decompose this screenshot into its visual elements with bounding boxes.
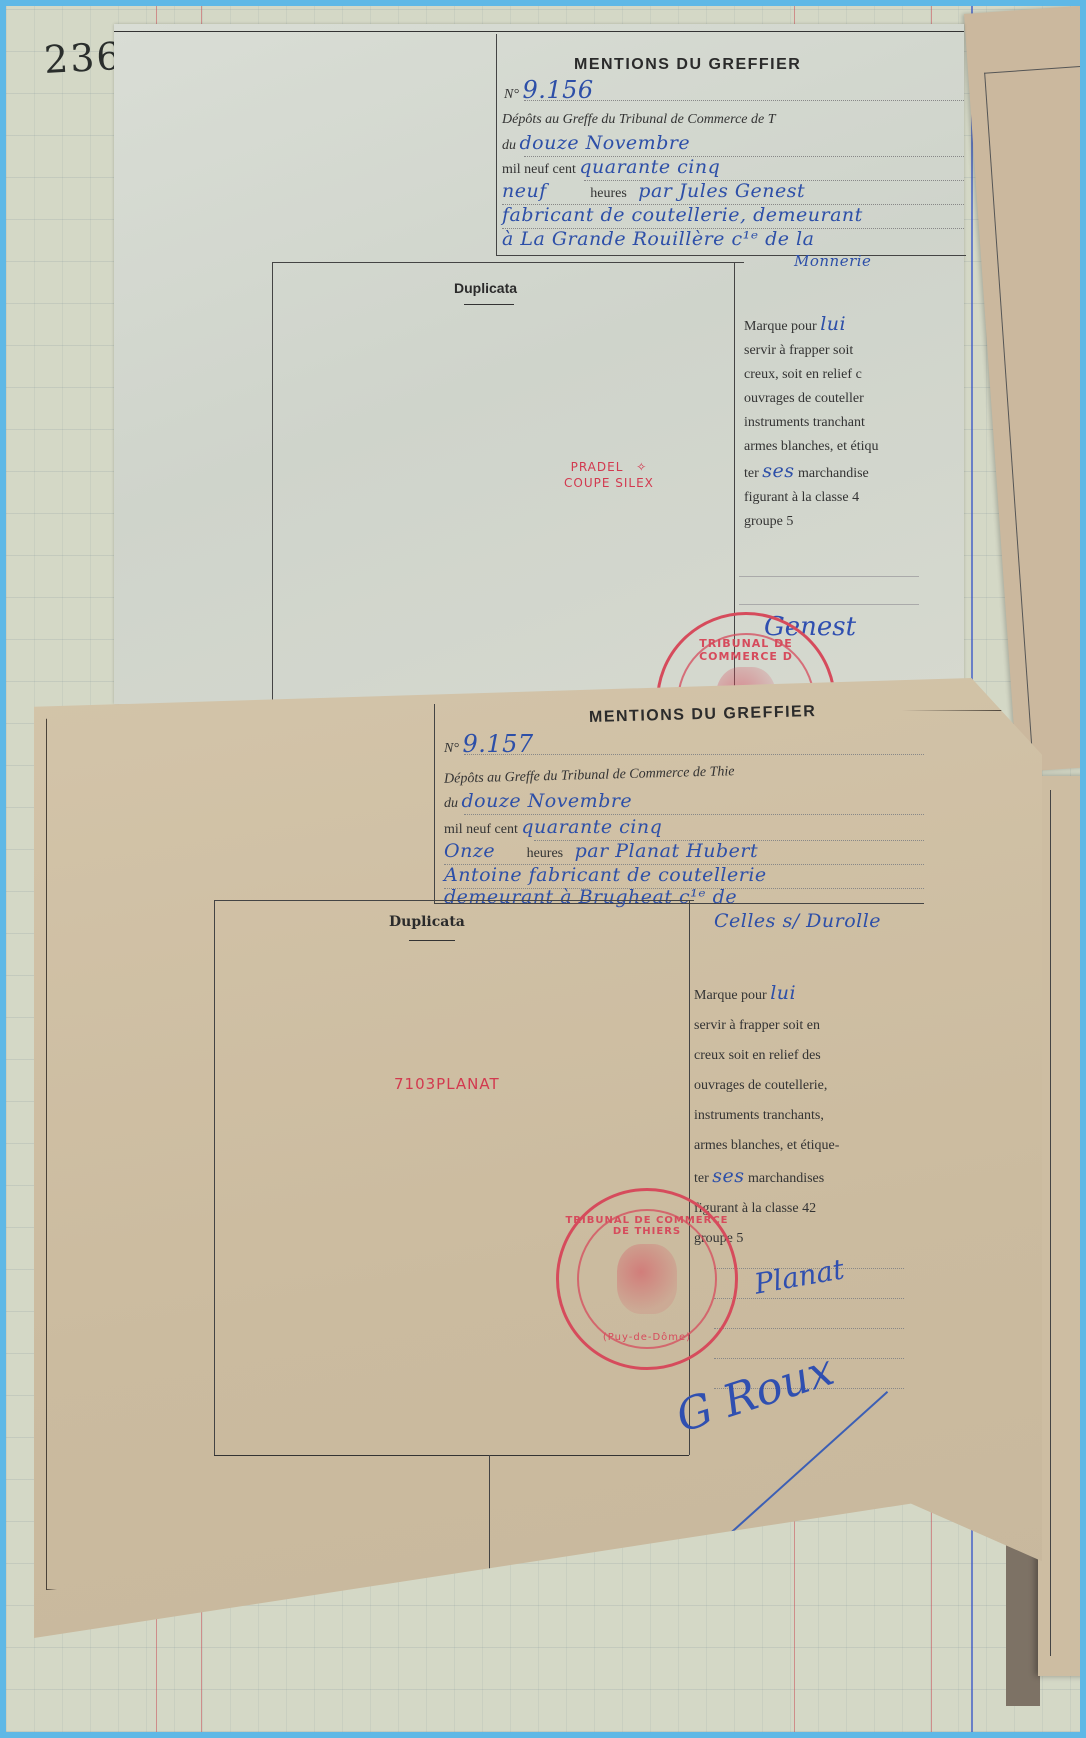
filer-line2: Antoine fabricant de coutellerie (444, 864, 767, 886)
marque-row: ter ses marchandises (694, 1161, 904, 1194)
seal-text-top: TRIBUNAL DE COMMERCE DE THIERS (559, 1215, 735, 1237)
marque-row: instruments tranchants, (694, 1101, 904, 1131)
filer-line3: à La Grande Rouillère c¹ᵉ de la (502, 228, 814, 250)
duplicata-underline (464, 304, 514, 305)
filer-line1: par Planat Hubert (575, 840, 758, 862)
marque-row: armes blanches, et étique- (694, 1131, 904, 1161)
marque-row: groupe 5 (744, 510, 944, 534)
du-label: du (444, 796, 458, 811)
year-value: quarante cinq (521, 816, 662, 838)
marque-row: creux soit en relief des (694, 1041, 904, 1071)
lower-date-row: du douze Novembre (444, 790, 632, 812)
mark-stamp-line1: PRADEL (571, 460, 624, 474)
marque-row: armes blanches, et étiqu (744, 435, 944, 459)
lower-filer-line2: Antoine fabricant de coutellerie (444, 864, 767, 886)
signature-line (714, 1328, 904, 1329)
hour-label: heures (527, 846, 564, 861)
sheet-border (1050, 790, 1051, 1656)
filer-line2: fabricant de coutellerie, demeurant (502, 204, 863, 226)
signature-line (739, 576, 919, 577)
top-rule (114, 31, 964, 32)
year-value: quarante cinq (579, 156, 720, 178)
lower-hour-row: Onze heures par Planat Hubert (444, 840, 758, 862)
upper-filer-line3: à La Grande Rouillère c¹ᵉ de la (502, 228, 814, 250)
photo-frame: 236 MENTIONS DU GREFFIER N° 9.156 Dépôts… (6, 6, 1080, 1732)
marque-row: servir à frapper soit (744, 339, 944, 363)
upper-hour-row: neuf heures par Jules Genest (502, 180, 805, 202)
upper-duplicata-box (272, 262, 744, 702)
marque-row: Marque pour lui (694, 978, 904, 1011)
filer-line4: Celles s/ Durolle (714, 910, 881, 932)
lower-tribunal-seal: TRIBUNAL DE COMMERCE DE THIERS (Puy-de-D… (556, 1188, 738, 1370)
mark-stamp-line2: COUPE SILEX (564, 476, 654, 490)
signature-line (714, 1298, 904, 1299)
marque-row: ouvrages de coutellerie, (694, 1071, 904, 1101)
upper-form-sheet: MENTIONS DU GREFFIER N° 9.156 Dépôts au … (114, 24, 964, 704)
marque-row: ter ses marchandise (744, 459, 944, 486)
upper-filer-line4: Monnerie (794, 252, 871, 271)
seal-emblem-icon (617, 1244, 677, 1314)
dotted-line (464, 754, 924, 755)
du-label: du (502, 138, 516, 153)
marque-row: figurant à la classe 4 (744, 486, 944, 510)
year-label: mil neuf cent (502, 162, 576, 177)
upper-mark-stamp: PRADEL ✧ COUPE SILEX (564, 459, 654, 491)
date-value: douze Novembre (462, 790, 633, 812)
marque-row: ouvrages de couteller (744, 387, 944, 411)
marque-row: creux, soit en relief c (744, 363, 944, 387)
filer-line4: Monnerie (794, 252, 871, 270)
dotted-line (464, 814, 924, 815)
upper-mentions-title: MENTIONS DU GREFFIER (574, 56, 801, 74)
upper-filer-line2: fabricant de coutellerie, demeurant (502, 204, 863, 226)
box-bottom-rule (214, 1455, 689, 1456)
number-label: N° (504, 87, 519, 102)
marque-row: instruments tranchant (744, 411, 944, 435)
signature-line (739, 604, 919, 605)
marque-row: servir à frapper soit en (694, 1011, 904, 1041)
upper-deposit-line: Dépôts au Greffe du Tribunal de Commerce… (502, 112, 776, 128)
number-label: N° (444, 741, 459, 756)
lower-year-row: mil neuf cent quarante cinq (444, 816, 662, 838)
upper-marque-text: Marque pour lui servir à frapper soit cr… (744, 312, 944, 534)
dotted-line (524, 100, 964, 101)
hour-value: Onze (444, 840, 495, 862)
lower-form-sheet: MENTIONS DU GREFFIER N° 9.157 Dépôts au … (34, 678, 1042, 1638)
upper-duplicata-label: Duplicata (454, 280, 517, 296)
seal-text-bottom: (Puy-de-Dôme) (559, 1332, 735, 1343)
hour-label: heures (590, 186, 627, 201)
year-label: mil neuf cent (444, 822, 518, 837)
duplicata-underline (409, 940, 455, 941)
upper-date-row: du douze Novembre (502, 132, 690, 154)
lower-mark-stamp: 7103PLANAT (394, 1076, 500, 1092)
background-sheet-right-lower (1038, 776, 1080, 1676)
upper-year-row: mil neuf cent quarante cinq (502, 156, 720, 178)
hour-value: neuf (502, 180, 547, 202)
box-divider (689, 900, 690, 1455)
lower-marque-text: Marque pour lui servir à frapper soit en… (694, 978, 904, 1254)
lower-duplicata-label: Duplicata (389, 914, 465, 930)
marque-row: Marque pour lui (744, 312, 944, 339)
mark-symbol-icon: ✧ (636, 460, 647, 474)
filer-line1: par Jules Genest (638, 180, 805, 202)
seal-text: TRIBUNAL DE COMMERCE D (659, 637, 833, 663)
date-value: douze Novembre (520, 132, 691, 154)
lower-duplicata-box (214, 900, 694, 1455)
lower-filer-line4: Celles s/ Durolle (714, 910, 881, 932)
page-number: 236 (43, 34, 124, 82)
